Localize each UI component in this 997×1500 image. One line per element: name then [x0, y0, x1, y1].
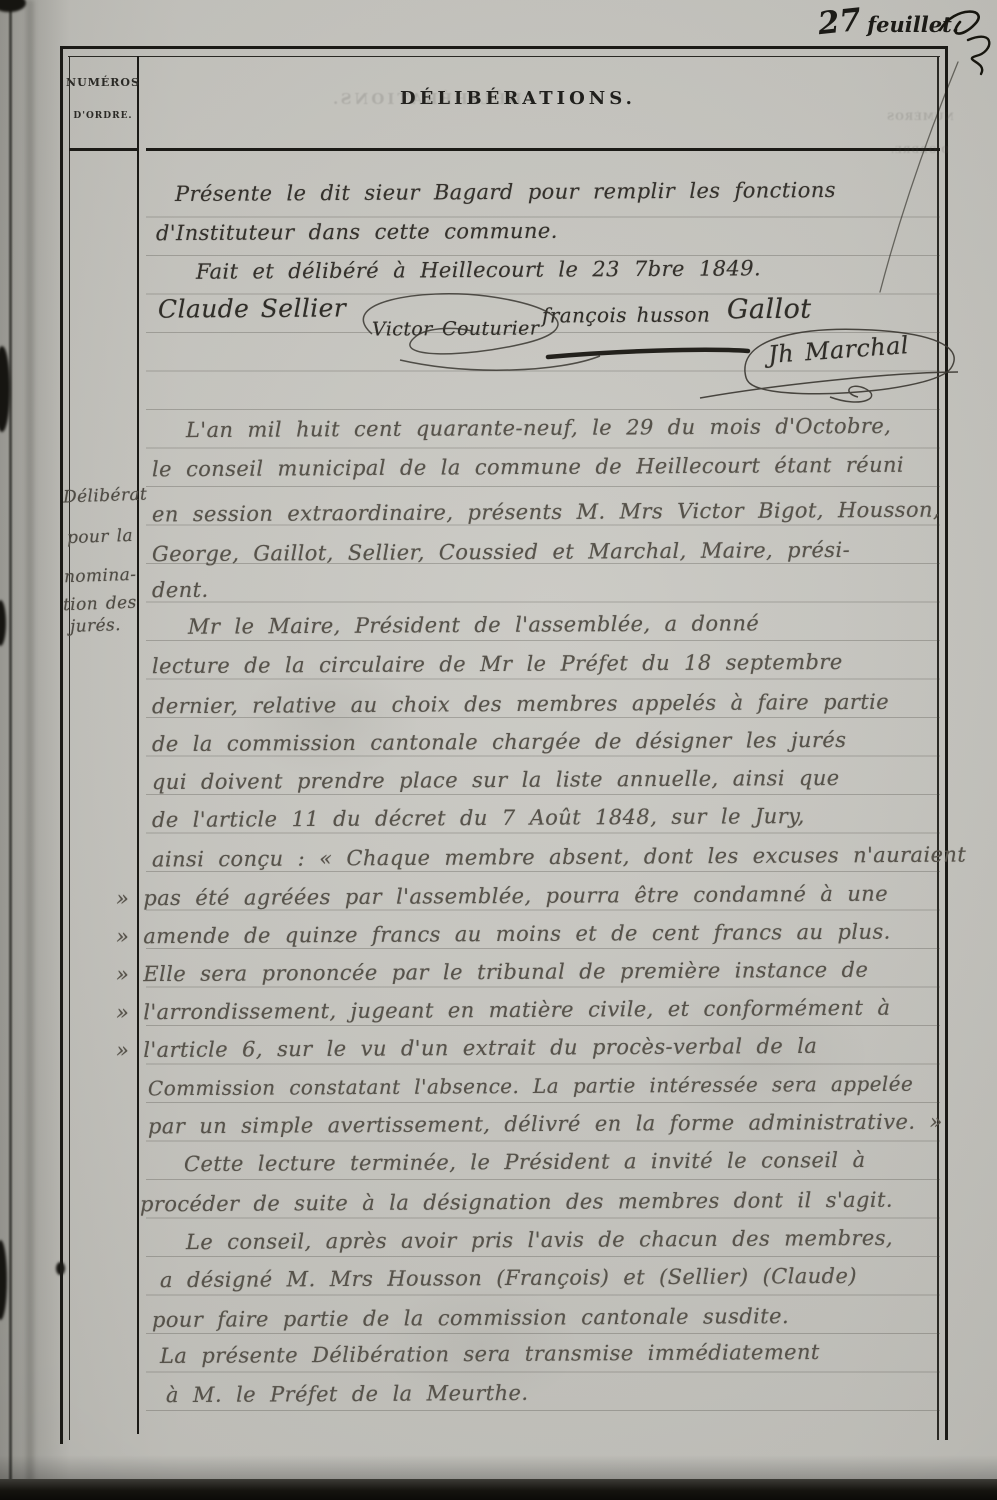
handwritten-line: George, Gaillot, Sellier, Coussied et Ma…	[152, 538, 850, 566]
handwritten-quote-line: » l'article 6, sur le vu d'un extrait du…	[116, 1034, 817, 1062]
order-column-line1: NUMÉROS	[66, 76, 140, 89]
margin-note-line: Délibérat	[63, 485, 148, 508]
handwritten-line: lecture de la circulaire de Mr le Préfet…	[152, 650, 843, 678]
folio-label: feuillet.	[867, 12, 959, 37]
signature-victor-couturier: Victor Couturier	[372, 317, 539, 340]
handwritten-line: Présente le dit sieur Bagard pour rempli…	[175, 178, 836, 206]
column-divider	[137, 56, 139, 1434]
binding-crease	[9, 0, 12, 1500]
handwritten-line: de la commission cantonale chargée de dé…	[152, 728, 847, 756]
handwritten-line: La présente Délibération sera transmise …	[160, 1340, 820, 1368]
header-rule-main	[146, 148, 940, 151]
handwritten-line: Fait et délibéré à Heillecourt le 23 7br…	[196, 256, 761, 283]
handwritten-line: par un simple avertissement, délivré en …	[148, 1110, 943, 1139]
handwritten-line: qui doivent prendre place sur la liste a…	[152, 766, 840, 794]
frame-left-outer	[60, 46, 63, 1444]
margin-note-line: jurés.	[70, 615, 122, 637]
frame-right-outer	[945, 46, 948, 1440]
handwritten-line: à M. le Préfet de la Meurthe.	[166, 1381, 529, 1407]
handwritten-line: pour faire partie de la commission canto…	[152, 1304, 789, 1332]
signature-gallot: Gallot	[727, 294, 812, 326]
handwritten-line: Commission constatant l'absence. La part…	[148, 1072, 913, 1101]
handwritten-quote-line: » Elle sera prononcée par le tribunal de…	[116, 958, 868, 987]
signature-claude-sellier: Claude Sellier	[158, 293, 346, 323]
frame-top-inner	[68, 56, 940, 57]
margin-note-line: nomina-	[64, 565, 137, 588]
ink-smudge	[0, 1240, 7, 1320]
handwritten-line: a désigné M. Mrs Housson (François) et (…	[160, 1264, 857, 1292]
folio-annotation: 27feuillet.	[818, 4, 959, 40]
order-bleedthrough-line1: NUMÉROS	[886, 112, 954, 123]
ink-smudge	[0, 0, 26, 12]
margin-note-line: tion des	[63, 593, 137, 616]
binding-shadow	[26, 0, 34, 1500]
margin-note-line: pour la	[67, 526, 134, 548]
handwritten-line: Cette lecture terminée, le Président a i…	[184, 1148, 866, 1176]
handwritten-quote-line: » amende de quinze francs au moins et de…	[116, 920, 891, 949]
signature-francois-husson: françois husson	[542, 302, 710, 327]
handwritten-line: dernier, relative au choix des membres a…	[152, 690, 889, 719]
ink-smudge	[0, 600, 6, 646]
header-rule-left	[69, 148, 138, 151]
folio-number: 27	[816, 2, 863, 42]
frame-left-inner	[69, 56, 70, 1440]
order-column-header: NUMÉROS D'ORDRE.	[66, 76, 140, 121]
handwritten-line: Le conseil, après avoir pris l'avis de c…	[186, 1226, 893, 1254]
title-bleedthrough: DÉLIBÉRATIONS.	[330, 90, 522, 108]
handwritten-line: en session extraordinaire, présents M. M…	[152, 498, 940, 527]
handwritten-line: Mr le Maire, Président de l'assemblée, a…	[188, 611, 759, 638]
handwritten-line: procéder de suite à la désignation des m…	[140, 1188, 893, 1217]
handwritten-line: d'Instituteur dans cette commune.	[156, 219, 558, 245]
order-column-line2: D'ORDRE.	[66, 111, 140, 121]
page-bottom-edge	[0, 1479, 997, 1500]
handwritten-line: dent.	[152, 578, 209, 602]
handwritten-line: de l'article 11 du décret du 7 Août 1848…	[152, 804, 805, 832]
handwritten-quote-line: » pas été agréées par l'assemblée, pourr…	[116, 882, 888, 911]
scanned-register-page: 27feuillet. NUMÉROS D'ORDRE. DÉLIBÉRATIO…	[0, 0, 997, 1500]
page-bottom-shadow	[0, 1455, 997, 1479]
frame-top-outer	[60, 46, 948, 49]
order-bleedthrough-line2: D'ORDRE.	[890, 146, 949, 156]
handwritten-quote-line: » l'arrondissement, jugeant en matière c…	[116, 996, 890, 1025]
handwritten-line: le conseil municipal de la commune de He…	[152, 453, 904, 482]
handwritten-line: L'an mil huit cent quarante-neuf, le 29 …	[186, 414, 891, 442]
handwritten-line: ainsi conçu : « Chaque membre absent, do…	[152, 843, 966, 872]
